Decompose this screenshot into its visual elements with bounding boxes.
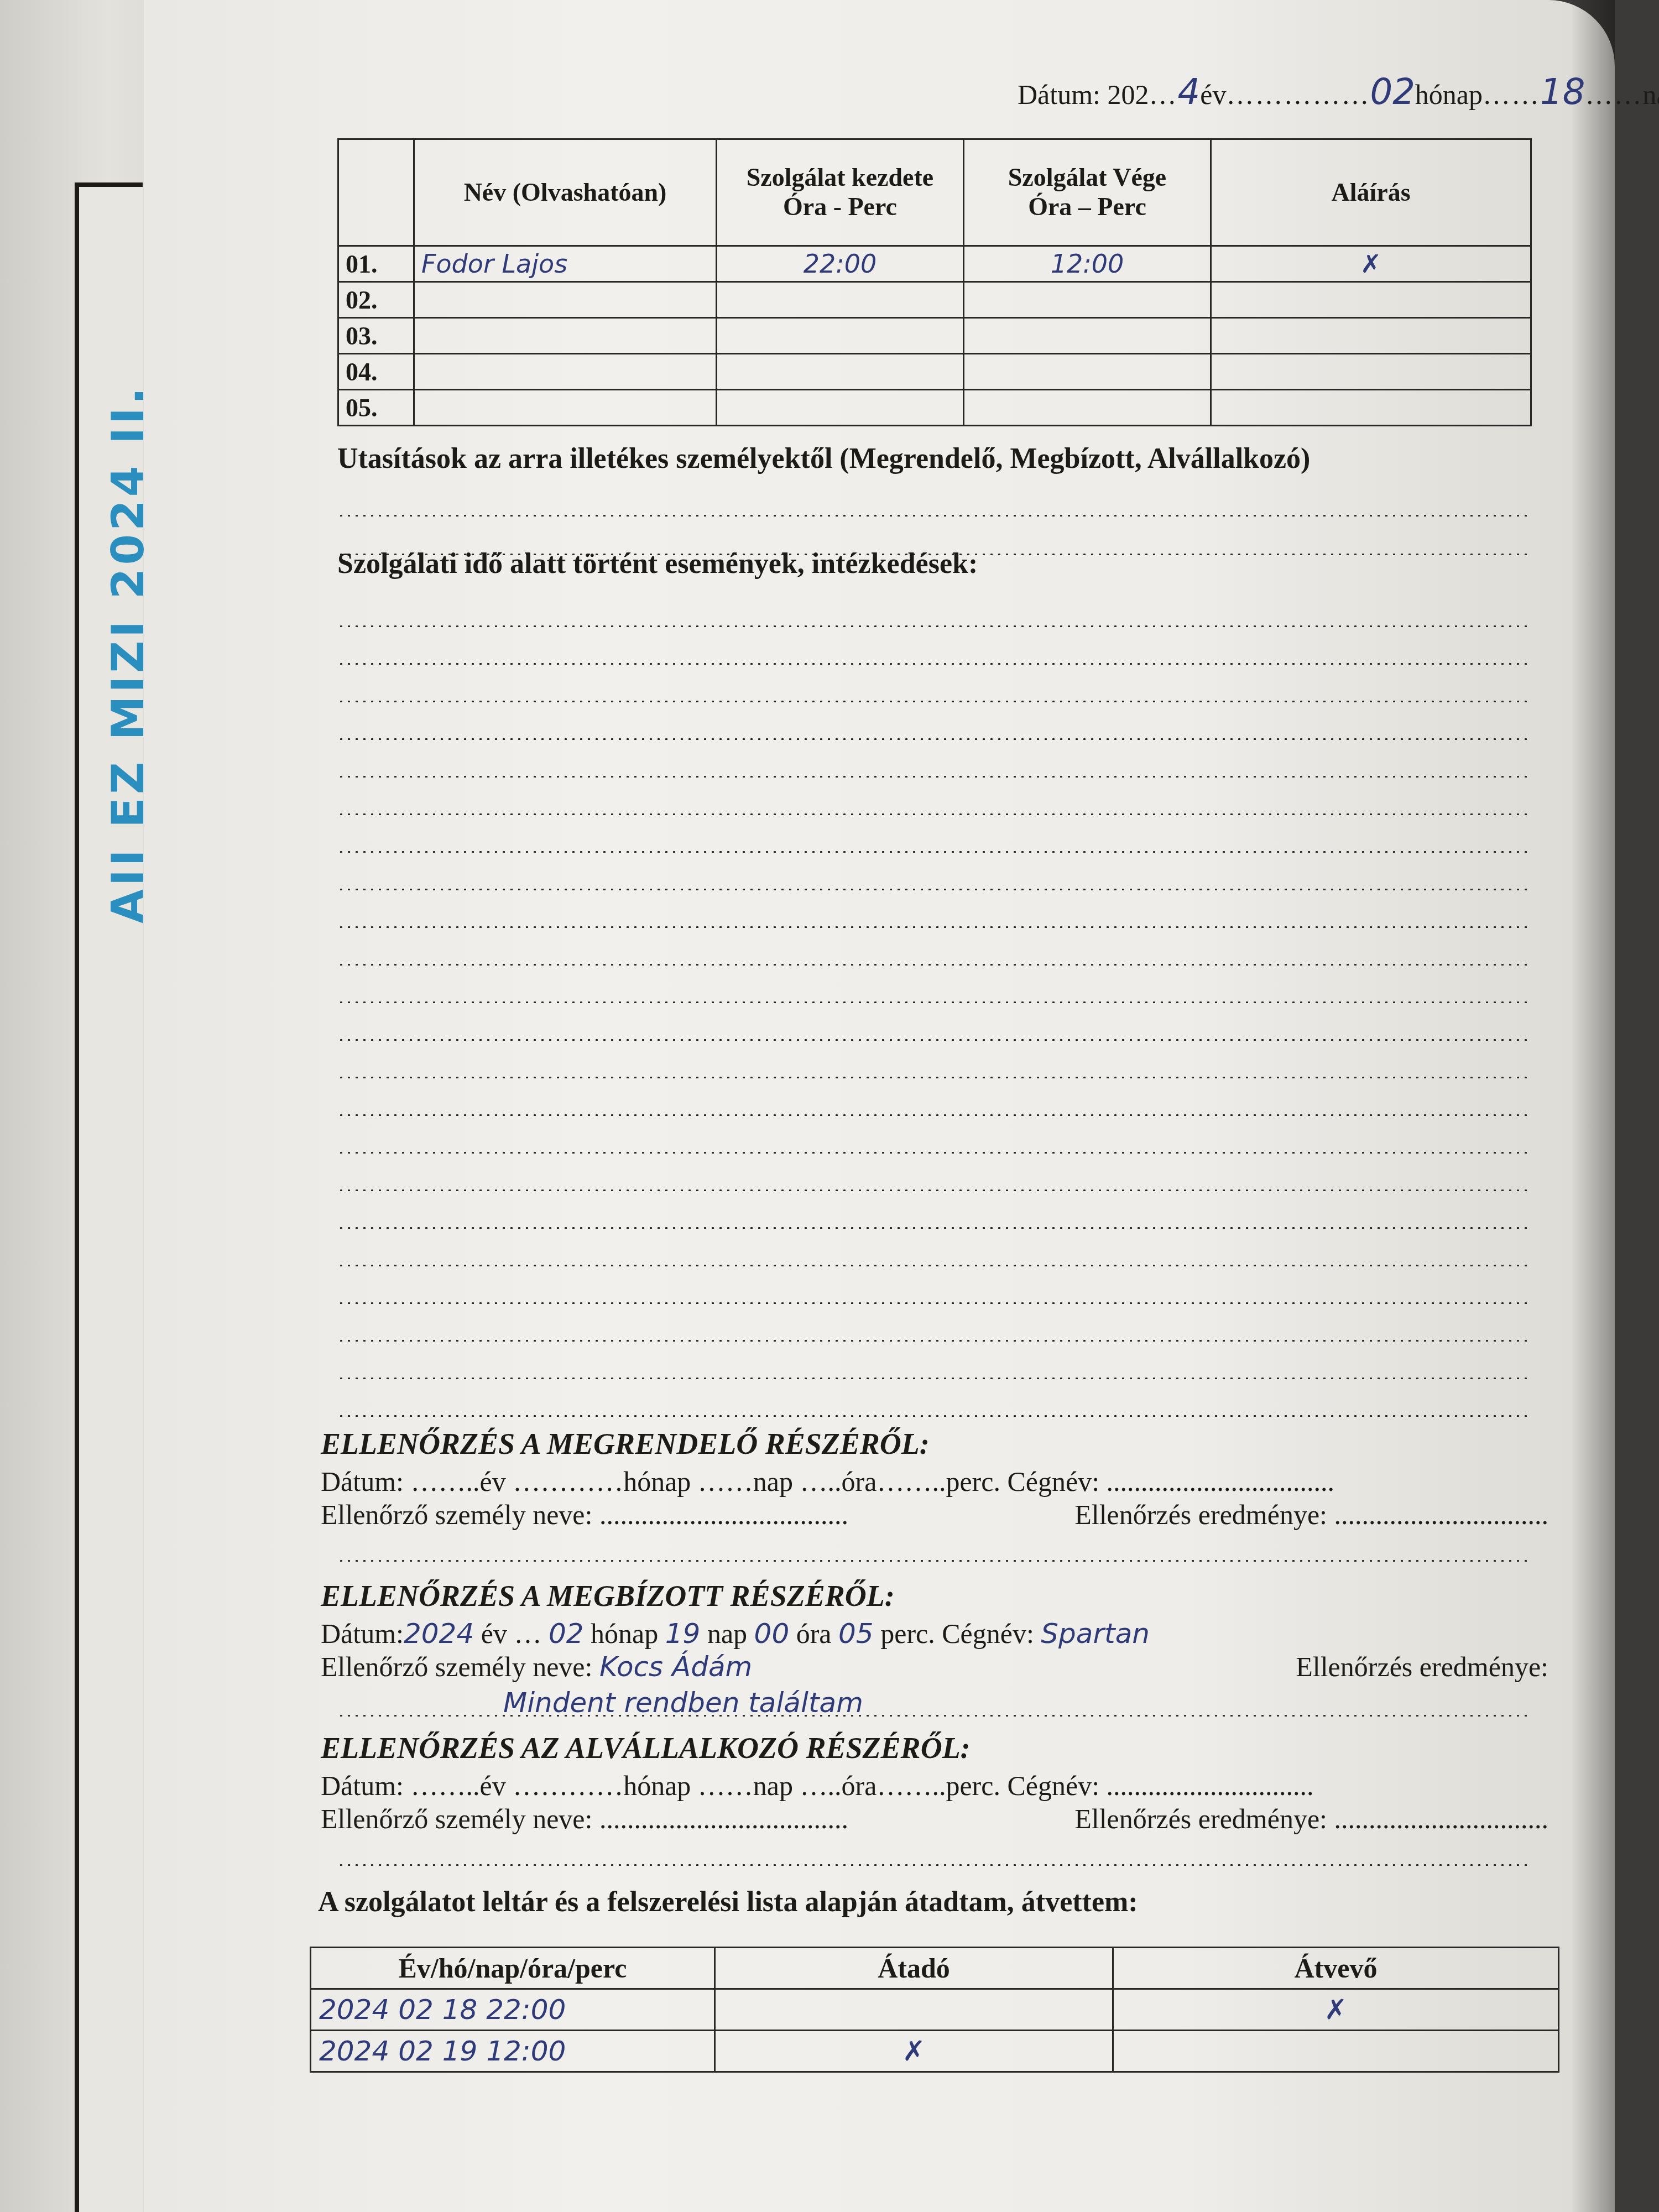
events-line[interactable]: [337, 963, 1532, 966]
duty-roster-table: Név (Olvashatóan) Szolgálat kezdeteÓra -…: [337, 138, 1532, 426]
events-line[interactable]: [337, 1001, 1532, 1003]
name-cell[interactable]: [414, 354, 717, 390]
contractor-month[interactable]: 02: [549, 1618, 584, 1650]
events-line[interactable]: [337, 1114, 1532, 1116]
month-suffix: hónap: [1415, 79, 1483, 110]
row-number: 04.: [338, 354, 414, 390]
events-line[interactable]: [337, 926, 1532, 928]
contractor-day[interactable]: 19: [665, 1618, 701, 1650]
start-cell[interactable]: [717, 282, 964, 318]
check-client-person: Ellenőrző személy neve: ................…: [321, 1499, 1548, 1531]
start-cell[interactable]: [717, 390, 964, 426]
events-line[interactable]: [337, 700, 1532, 702]
year-handwritten[interactable]: 4: [1177, 72, 1200, 113]
events-line[interactable]: [337, 1377, 1532, 1379]
table-row: 02.: [338, 282, 1531, 318]
contractor-person[interactable]: Kocs Ádám: [599, 1651, 752, 1683]
result-label[interactable]: Ellenőrzés eredménye: ..................…: [1074, 1499, 1548, 1531]
events-line[interactable]: [337, 662, 1532, 665]
col-number: [338, 139, 414, 246]
duty-table-header: Név (Olvashatóan) Szolgálat kezdeteÓra -…: [338, 139, 1531, 246]
events-line[interactable]: [337, 1227, 1532, 1229]
col-receiver: Átvevő: [1113, 1948, 1558, 1989]
logbook-page: Dátum: 202…4év……………02hónap……18……nap Név …: [144, 0, 1615, 2212]
events-line[interactable]: [337, 1415, 1532, 1417]
table-row: 2024 02 18 22:00 ✗: [311, 1989, 1559, 2031]
contractor-company[interactable]: Spartan: [1041, 1618, 1150, 1650]
year-suffix: év: [1200, 79, 1226, 110]
table-row: 03.: [338, 318, 1531, 354]
events-line[interactable]: [337, 1302, 1532, 1304]
check-subcontractor-date[interactable]: Dátum: ……..év …………hónap ……nap …..óra……..…: [321, 1770, 1548, 1802]
events-line[interactable]: [337, 775, 1532, 778]
check-subcontractor-person: Ellenőrző személy neve: ................…: [321, 1803, 1548, 1835]
end-cell[interactable]: 12:00: [964, 246, 1211, 282]
name-cell[interactable]: [414, 282, 717, 318]
contractor-minute[interactable]: 05: [838, 1618, 874, 1650]
events-line[interactable]: [337, 1339, 1532, 1342]
signature-cell[interactable]: [1211, 354, 1531, 390]
col-signature: Aláírás: [1211, 139, 1531, 246]
day-handwritten[interactable]: 18: [1540, 72, 1585, 113]
signature-cell[interactable]: [1211, 282, 1531, 318]
check-client-line[interactable]: [337, 1559, 1532, 1562]
receiver-cell[interactable]: ✗: [1113, 1989, 1558, 2031]
events-line[interactable]: [337, 813, 1532, 815]
giver-cell[interactable]: [715, 1989, 1113, 2031]
end-cell[interactable]: [964, 390, 1211, 426]
name-cell[interactable]: [414, 318, 717, 354]
row-number: 02.: [338, 282, 414, 318]
events-line[interactable]: [337, 625, 1532, 627]
col-end: Szolgálat VégeÓra – Perc: [964, 139, 1211, 246]
check-client-title: ELLENŐRZÉS A MEGRENDELŐ RÉSZÉRŐL:: [321, 1427, 930, 1461]
check-contractor-person: Ellenőrző személy neve: Kocs Ádám Ellenő…: [321, 1651, 1548, 1683]
check-subcontractor-line[interactable]: [337, 1864, 1532, 1866]
events-line[interactable]: [337, 1039, 1532, 1041]
start-cell[interactable]: [717, 318, 964, 354]
handover-title: A szolgálatot leltár és a felszerelési l…: [318, 1886, 1138, 1918]
year-prefix: 202: [1107, 79, 1149, 110]
table-row: 01. Fodor Lajos 22:00 12:00 ✗: [338, 246, 1531, 282]
events-line[interactable]: [337, 1076, 1532, 1078]
col-name: Név (Olvashatóan): [414, 139, 717, 246]
events-line[interactable]: [337, 1151, 1532, 1154]
giver-cell[interactable]: ✗: [715, 2031, 1113, 2072]
events-line[interactable]: [337, 1189, 1532, 1191]
contractor-hour[interactable]: 00: [754, 1618, 790, 1650]
end-cell[interactable]: [964, 354, 1211, 390]
check-client-date[interactable]: Dátum: ……..év …………hónap ……nap …..óra……..…: [321, 1465, 1548, 1498]
month-handwritten[interactable]: 02: [1370, 72, 1415, 113]
contractor-year[interactable]: 2024: [404, 1618, 474, 1650]
instructions-title: Utasítások az arra illetékes személyektő…: [337, 442, 1310, 475]
check-contractor-date: Dátum:2024 év … 02 hónap 19 nap 00 óra 0…: [321, 1618, 1548, 1650]
table-row: 2024 02 19 12:00 ✗: [311, 2031, 1559, 2072]
header-date: Dátum: 202…4év……………02hónap……18……nap: [1018, 72, 1659, 113]
handover-header: Év/hó/nap/óra/perc Átadó Átvevő: [311, 1948, 1559, 1989]
row-number: 05.: [338, 390, 414, 426]
col-start: Szolgálat kezdeteÓra - Perc: [717, 139, 964, 246]
name-cell[interactable]: Fodor Lajos: [414, 246, 717, 282]
signature-cell[interactable]: ✗: [1211, 246, 1531, 282]
row-number: 01.: [338, 246, 414, 282]
table-row: 05.: [338, 390, 1531, 426]
table-row: 04.: [338, 354, 1531, 390]
events-line[interactable]: [337, 1264, 1532, 1266]
end-cell[interactable]: [964, 282, 1211, 318]
check-subcontractor-title: ELLENŐRZÉS AZ ALVÁLLALKOZÓ RÉSZÉRŐL:: [321, 1731, 971, 1765]
events-line[interactable]: [337, 738, 1532, 740]
col-giver: Átadó: [715, 1948, 1113, 1989]
start-cell[interactable]: [717, 354, 964, 390]
signature-cell[interactable]: [1211, 390, 1531, 426]
check-contractor-title: ELLENŐRZÉS A MEGBÍZOTT RÉSZÉRŐL:: [321, 1579, 895, 1613]
signature-cell[interactable]: [1211, 318, 1531, 354]
timestamp-cell[interactable]: 2024 02 19 12:00: [311, 2031, 715, 2072]
end-cell[interactable]: [964, 318, 1211, 354]
row-number: 03.: [338, 318, 414, 354]
events-line[interactable]: [337, 851, 1532, 853]
page-curl-shadow: [1571, 0, 1615, 2212]
events-line[interactable]: [337, 888, 1532, 890]
instructions-line[interactable]: [337, 514, 1532, 517]
events-title: Szolgálati idő alatt történt események, …: [337, 547, 978, 580]
handover-table: Év/hó/nap/óra/perc Átadó Átvevő 2024 02 …: [310, 1947, 1559, 2073]
timestamp-cell[interactable]: 2024 02 18 22:00: [311, 1989, 715, 2031]
check-contractor-line: [337, 1714, 1532, 1717]
day-suffix: nap: [1642, 79, 1659, 110]
col-timestamp: Év/hó/nap/óra/perc: [311, 1948, 715, 1989]
start-cell[interactable]: 22:00: [717, 246, 964, 282]
date-label: Dátum:: [1018, 79, 1100, 110]
name-cell[interactable]: [414, 390, 717, 426]
receiver-cell[interactable]: [1113, 2031, 1558, 2072]
person-label[interactable]: Ellenőrző személy neve: ................…: [321, 1499, 848, 1530]
